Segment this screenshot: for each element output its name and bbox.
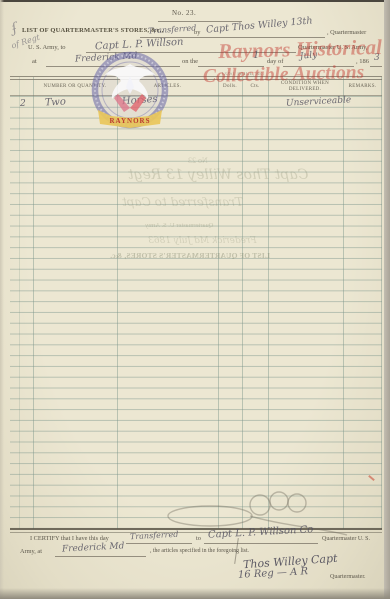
printed-on-the: on the (182, 59, 198, 66)
printed-army-to: U. S. Army, to (28, 45, 66, 52)
blank-line (283, 66, 354, 67)
photo-bottom-edge (0, 588, 390, 599)
blank-line (370, 66, 382, 67)
certify-printed-to: to (196, 536, 201, 542)
column-line (381, 77, 382, 529)
blank-line (126, 543, 192, 544)
certify-printed-role: Quartermaster U. S. (322, 536, 370, 542)
col-header-cost-group: COST PRICE, &c. (218, 72, 268, 78)
table-top-rule (10, 76, 382, 77)
col-header-dolls: Dolls. (218, 84, 242, 90)
scanned-document-photo: No 23 Capt Thos Willey 13 Regt Transferr… (0, 0, 390, 599)
printed-quartermaster: , Quartermaster (327, 30, 366, 36)
col-header-remarks: REMARKS. (344, 84, 381, 90)
photo-left-edge (0, 0, 4, 599)
column-line (33, 77, 34, 529)
table-top-rule-2 (10, 79, 382, 80)
blank-line (198, 66, 264, 67)
certify-printed-1: I CERTIFY that I have this day (30, 536, 109, 542)
signature-printed-role: Quartermaster. (330, 574, 365, 580)
certify-printed-2: Army, at (20, 549, 42, 555)
printed-by: by (194, 30, 201, 37)
column-line (343, 77, 344, 529)
form-title: LIST OF QUARTERMASTER'S STORES, &c., (22, 28, 163, 35)
printed-at: at (32, 59, 37, 66)
blank-line (55, 556, 146, 557)
hw-month: July (300, 51, 318, 61)
column-line (218, 77, 219, 529)
printed-day-of: day of (267, 59, 283, 66)
row-quantity: 2 (20, 100, 26, 109)
seal-banner-text: RAYNORS (110, 117, 151, 125)
photo-top-edge (0, 0, 390, 2)
printed-year: , 186 (356, 59, 369, 66)
bleedthrough-handwriting: Capt Thos Willey 13 Regt (128, 168, 308, 182)
hw-day: 1 (253, 51, 259, 61)
photo-right-edge (384, 0, 390, 599)
bleedthrough-text: Quartermaster U. S. Army (145, 223, 213, 230)
col-header-condition: CONDITION WHEN DELIVERED. (279, 81, 331, 94)
row-entry-word: Two (45, 97, 66, 108)
bleedthrough-title: LIST OF QUARTERMASTER'S STORES, &c. (110, 252, 270, 260)
bleedthrough-handwriting: Transferred to Capt (122, 196, 243, 208)
column-line (19, 77, 20, 529)
certify-printed-3: , the articles specified in the foregoin… (150, 549, 249, 555)
bleedthrough-text: No 23 (188, 157, 208, 165)
hw-year-digit: 3 (374, 54, 380, 63)
bleedthrough-handwriting: Frederick Md July 1863 (148, 237, 256, 246)
col-header-cts: Cts. (242, 84, 268, 90)
column-line (117, 77, 118, 529)
column-line (242, 77, 243, 529)
blank-line (204, 543, 318, 544)
form-number: No. 23. (172, 10, 196, 17)
column-line (268, 77, 269, 529)
auction-seal-stamp: RAYNORS (84, 50, 176, 138)
